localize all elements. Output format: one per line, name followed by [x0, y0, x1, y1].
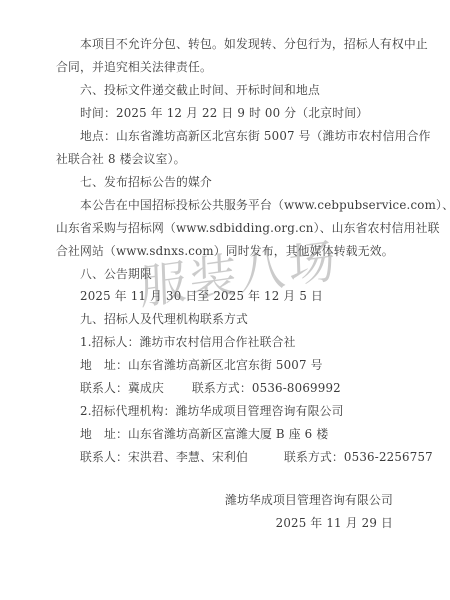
section6-time: 时间：2025 年 12 月 22 日 9 时 00 分（北京时间）	[0, 102, 450, 125]
section6-heading: 六、投标文件递交截止时间、开标时间和地点	[0, 79, 450, 102]
section8-heading: 八、公告期限	[0, 263, 450, 286]
section9-heading: 九、招标人及代理机构联系方式	[0, 308, 450, 331]
signature-company: 潍坊华成项目管理咨询有限公司	[0, 489, 393, 512]
section6-location-line1: 地点：山东省潍坊高新区北宫东街 5007 号（潍坊市农村信用合作	[0, 125, 450, 148]
document-body: 本项目不允许分包、转包。如发现转、分包行为，招标人有权中止 合同，并追究相关法律…	[0, 33, 450, 535]
section8-period: 2025 年 11 月 30 日至 2025 年 12 月 5 日	[0, 285, 450, 308]
document-page: 本项目不允许分包、转包。如发现转、分包行为，招标人有权中止 合同，并追究相关法律…	[0, 0, 450, 600]
section9-agency: 2.招标代理机构：潍坊华成项目管理咨询有限公司	[0, 400, 450, 423]
section7-heading: 七、发布招标公告的媒介	[0, 171, 450, 194]
section9-agency-address: 地 址：山东省潍坊高新区富潍大厦 B 座 6 楼	[0, 423, 450, 446]
signature-block: 潍坊华成项目管理咨询有限公司 2025 年 11 月 29 日	[0, 489, 450, 535]
section9-tenderer-contact: 联系人：冀成庆 联系方式：0536-8069992	[0, 377, 450, 400]
section7-body-line1: 本公告在中国招标投标公共服务平台（www.cebpubservice.com）、	[0, 194, 450, 217]
para-no-subcontract-line1: 本项目不允许分包、转包。如发现转、分包行为，招标人有权中止	[0, 33, 450, 56]
section7-body-line3: 合社网站（www.sdnxs.com）同时发布，其他媒体转载无效。	[0, 240, 450, 263]
section9-tenderer-address: 地 址：山东省潍坊高新区北宫东街 5007 号	[0, 354, 450, 377]
section7-body-line2: 山东省采购与招标网（www.sdbidding.org.cn）、山东省农村信用社…	[0, 217, 450, 240]
section9-tenderer: 1.招标人：潍坊市农村信用合作社联合社	[0, 331, 450, 354]
section6-location-line2: 社联合社 8 楼会议室）。	[0, 148, 450, 171]
section9-agency-contact: 联系人：宋洪君、李慧、宋利伯 联系方式：0536-2256757	[0, 446, 450, 469]
signature-date: 2025 年 11 月 29 日	[0, 512, 393, 535]
para-no-subcontract-line2: 合同，并追究相关法律责任。	[0, 56, 450, 79]
